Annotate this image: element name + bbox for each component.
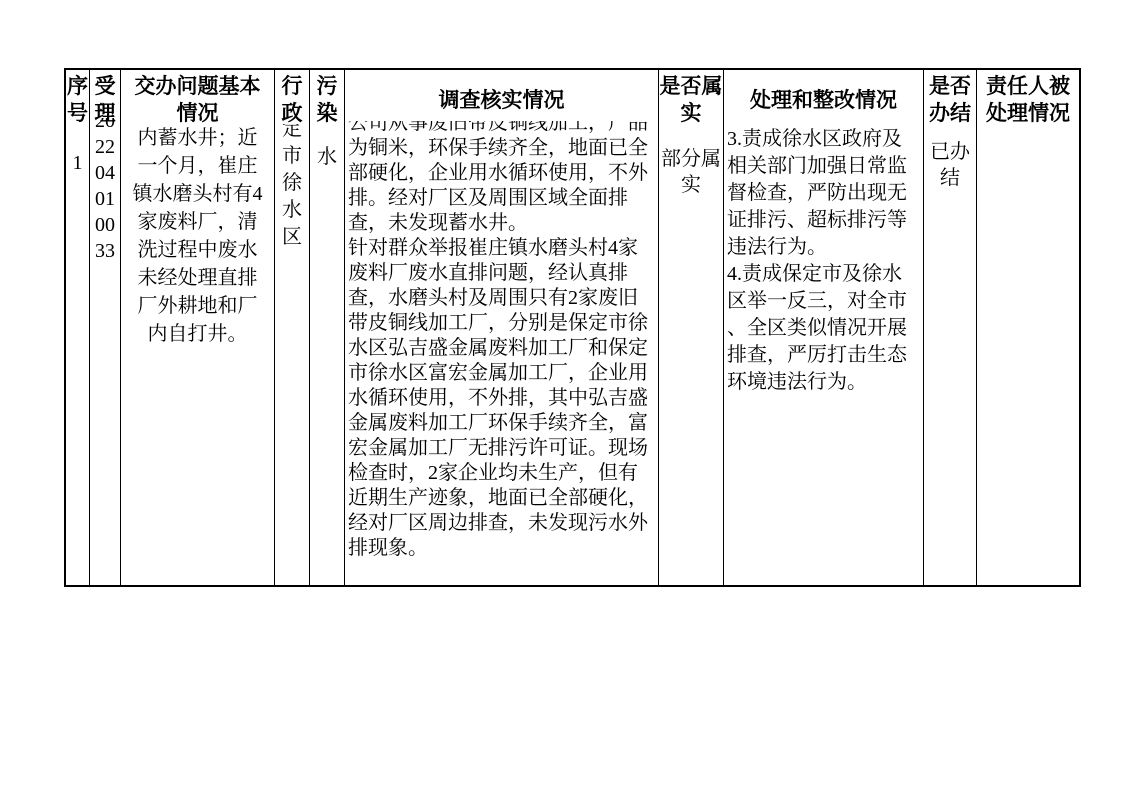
header-assigned-problem: 交办问题基本 情况	[121, 70, 274, 127]
header-administrative-region: 行 政	[275, 70, 309, 127]
column-investigation-verification: 调查核实情况 公司从事废旧带皮铜线加工，产品 为铜米，环保手续齐全，地面已全 部…	[345, 70, 659, 585]
header-handling-rectification: 处理和整改情况	[724, 70, 923, 114]
column-is-closed: 是否 办结 已办 结	[924, 70, 977, 585]
header-is-substantiated: 是否属 实	[659, 70, 723, 127]
column-pollution-type: 污 染 水	[310, 70, 345, 585]
investigation-verification-text: 公司从事废旧带皮铜线加工，产品 为铜米，环保手续齐全，地面已全 部硬化，企业用水…	[348, 121, 655, 561]
header-is-closed: 是否 办结	[924, 70, 976, 127]
column-administrative-region: 行 政 定 市 徐 水 区	[275, 70, 310, 585]
cell-handling-rectification: 3.责成徐水区政府及 相关部门加强日常监 督检查，严防出现无 证排污、超标排污等…	[724, 126, 923, 396]
cell-is-closed: 已办 结	[924, 139, 976, 191]
document-page: 序 号 1 受 理 20 22 04 01 00 33 交办问题基本 情况 内蓄…	[0, 0, 1122, 793]
column-serial-number: 序 号 1	[66, 70, 90, 585]
cell-acceptance-number: 20 22 04 01 00 33	[90, 118, 120, 270]
cell-pollution-type: 水	[310, 144, 344, 171]
cell-is-substantiated: 部分属 实	[659, 146, 723, 198]
header-investigation-verification: 调查核实情况	[345, 70, 658, 114]
cell-assigned-problem: 内蓄水井；近 一个月，崔庄 镇水磨头村有4 家废料厂，清 洗过程中废水 未经处理…	[121, 124, 274, 348]
administrative-region-text: 定 市 徐 水 区	[275, 124, 309, 251]
inspection-ledger-table: 序 号 1 受 理 20 22 04 01 00 33 交办问题基本 情况 内蓄…	[64, 68, 1081, 587]
column-is-substantiated: 是否属 实 部分属 实	[659, 70, 724, 585]
cell-investigation-verification: 公司从事废旧带皮铜线加工，产品 为铜米，环保手续齐全，地面已全 部硬化，企业用水…	[345, 121, 658, 567]
cell-serial-number: 1	[66, 150, 89, 177]
header-pollution-type: 污 染	[310, 70, 344, 127]
acceptance-number-text: 20 22 04 01 00 33	[90, 118, 120, 264]
column-responsible-person-handling: 责任人被 处理情况	[977, 70, 1079, 585]
header-responsible-person-handling: 责任人被 处理情况	[977, 70, 1079, 127]
cell-administrative-region: 定 市 徐 水 区	[275, 124, 309, 254]
header-serial-number: 序 号	[66, 70, 89, 127]
column-handling-rectification: 处理和整改情况 3.责成徐水区政府及 相关部门加强日常监 督检查，严防出现无 证…	[724, 70, 924, 585]
column-assigned-problem: 交办问题基本 情况 内蓄水井；近 一个月，崔庄 镇水磨头村有4 家废料厂，清 洗…	[121, 70, 275, 585]
column-acceptance-number: 受 理 20 22 04 01 00 33	[90, 70, 121, 585]
